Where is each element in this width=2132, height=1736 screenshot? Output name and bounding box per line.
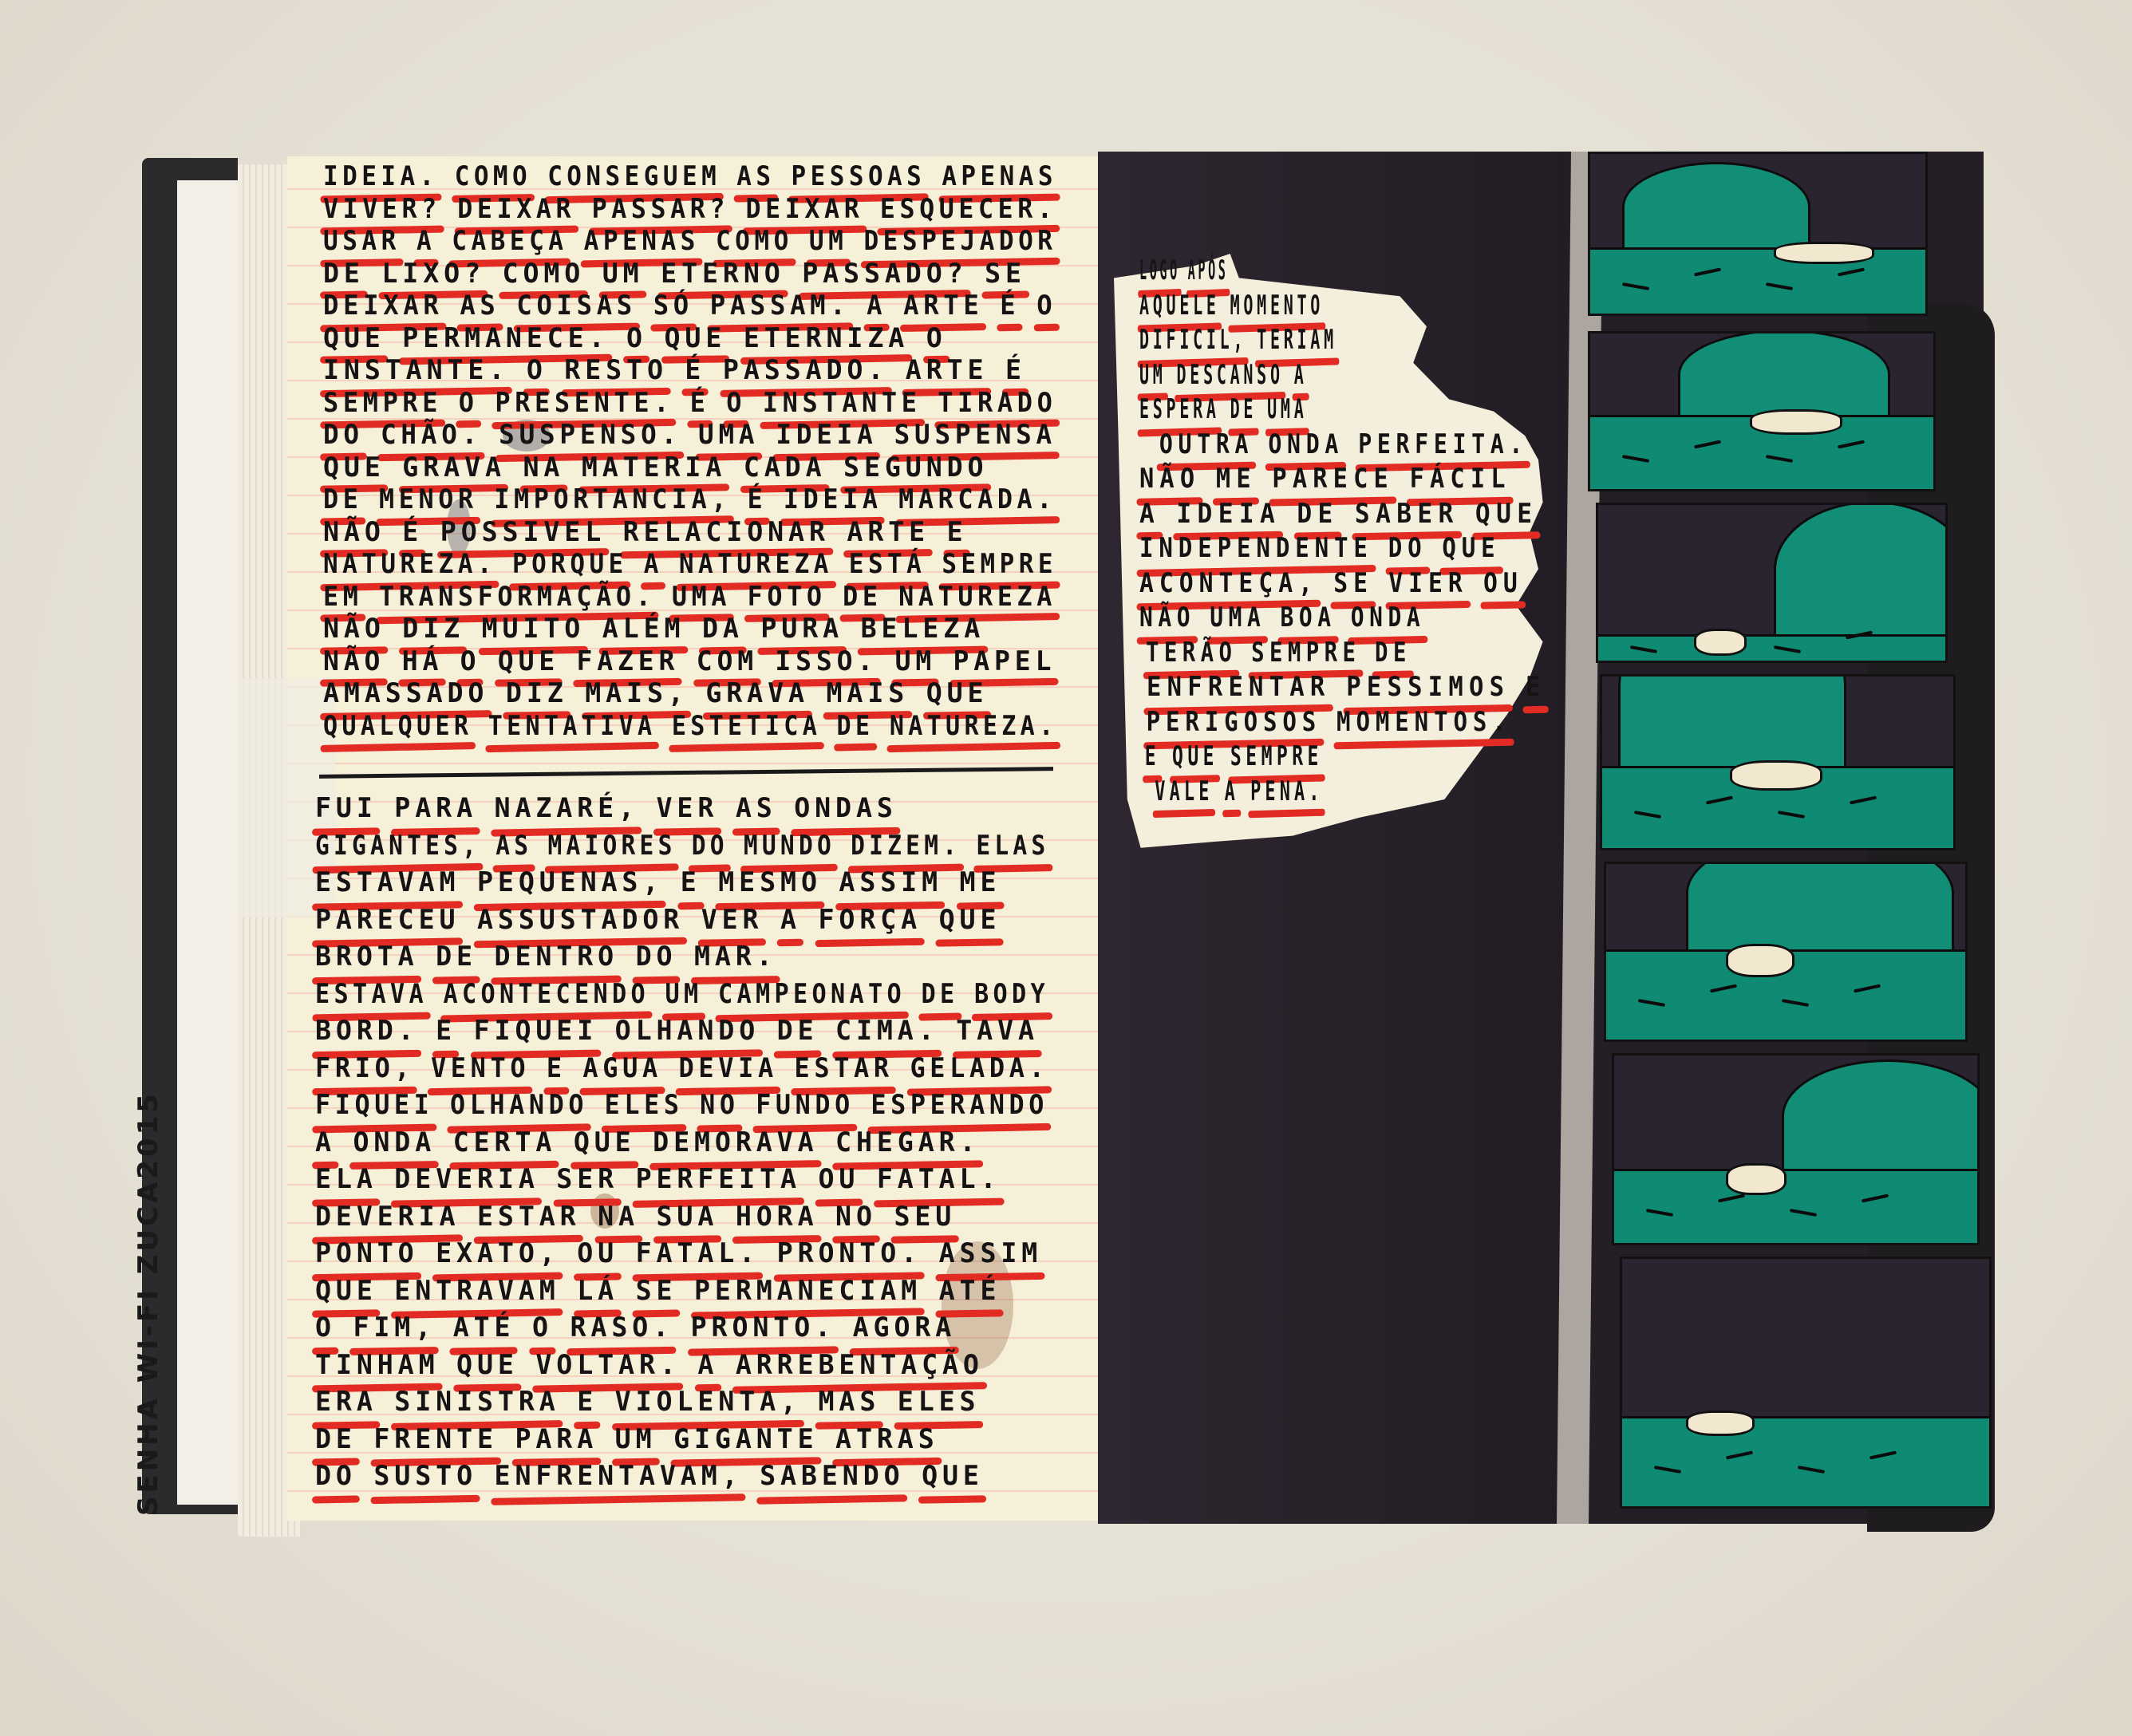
underlined-word: NÃO (323, 645, 385, 681)
wave-icon (1622, 162, 1810, 252)
underlined-word: COISAS (516, 289, 637, 325)
underlined-word: PERIGOSOS (1147, 705, 1322, 742)
underlined-word: SEMPRE (323, 386, 442, 422)
underlined-word: A (1225, 775, 1239, 811)
underlined-word: ELAS (976, 827, 1049, 866)
text-line: GIGANTES,ASMAIORESDOMUNDODIZEM.ELAS (315, 827, 981, 865)
underlined-word: MAR. (694, 938, 777, 977)
text-line: NATUREZA.PORQUEANATUREZAESTÁSEMPRE (323, 547, 1021, 582)
underlined-word: ACONTEÇA, (1139, 566, 1318, 603)
underlined-word: FRENTE (373, 1421, 498, 1460)
underlined-word: E (1145, 740, 1160, 776)
underlined-word: OU (577, 1235, 618, 1274)
underlined-word: SE (636, 1272, 677, 1312)
underlined-word: DENTRO (495, 938, 619, 977)
underlined-word: FATAL. (636, 1235, 760, 1274)
comic-panel-4 (1600, 674, 1956, 850)
underlined-word: DEMORAVA (653, 1124, 818, 1163)
underlined-word: NATUREZA (679, 547, 833, 583)
underlined-word: PENA. (1250, 775, 1324, 811)
underlined-word: ARTE (847, 515, 930, 551)
text-line: QUEENTRAVAMLÁSEPERMANECIAMATÉ (315, 1272, 1065, 1310)
underlined-word: CERTA (453, 1124, 557, 1163)
underlined-word: MUNDO (744, 827, 835, 866)
text-line: BORD.EFIQUEIOLHANDODECIMA.TAVA (315, 1012, 1065, 1050)
underlined-word: TIRADO (938, 386, 1056, 422)
underlined-word: A (867, 289, 886, 325)
surfer-icon (1730, 760, 1822, 791)
text-line: EMTRANSFORMAÇÃO.UMAFOTODENATUREZA (323, 580, 1039, 614)
underlined-word: O (726, 386, 746, 422)
underlined-word: AGUA (582, 1050, 661, 1089)
text-line: ACONTEÇA,SEVIEROU (1139, 566, 1530, 602)
underlined-word: DO (323, 418, 364, 454)
text-line: FRIO,VENTOEAGUADEVIAESTARGELADA. (315, 1050, 1034, 1087)
surfer-icon (1750, 409, 1842, 435)
underlined-word: MAIS (826, 677, 909, 712)
underlined-word: ONDA (1351, 601, 1426, 637)
text-line: OFIM,ATÉORASO.PRONTO.AGORA (315, 1309, 1065, 1347)
comic-panel-2 (1588, 331, 1936, 491)
underlined-word: ARTE (903, 289, 983, 325)
underlined-word: NÃO (323, 612, 385, 648)
underlined-word: QUE (1172, 740, 1218, 776)
text-line: FUIPARANAZARÉ,VERASONDAS (315, 790, 1065, 827)
underlined-word: APENAS (584, 224, 700, 260)
wave-icon (1678, 331, 1890, 420)
comic-panel-5 (1604, 862, 1968, 1042)
underlined-word: FORÇA (818, 902, 922, 941)
underlined-word: NÃO (1139, 462, 1200, 499)
text-line: ESPERADEUMA (1139, 393, 1403, 428)
underlined-word: DIFICIL, (1139, 323, 1246, 360)
underlined-word: A (697, 1347, 718, 1386)
underlined-word: PASSAM. (710, 289, 851, 325)
underlined-word: VALE (1155, 775, 1213, 811)
underlined-word: UMA (672, 580, 731, 616)
underlined-word: ASSIM (939, 1235, 1043, 1274)
underlined-word: TENTATIVA (488, 709, 657, 745)
underlined-word: A (1139, 497, 1160, 534)
underlined-word: SEMPRE (1251, 636, 1360, 673)
underlined-word: DEVERIA (315, 1198, 460, 1237)
text-line: INSTANTE.ORESTOÉPASSADO.ARTEÉ (323, 353, 1073, 388)
underlined-word: ASSUSTADOR (477, 902, 684, 941)
underlined-word: UM (809, 224, 847, 260)
underlined-word: UMA (1210, 601, 1265, 637)
text-line: ERASINISTRAEVIOLENTA,MASELES (315, 1383, 1065, 1421)
underlined-word: DE (837, 709, 875, 745)
underlined-word: ESTAR (794, 1050, 893, 1089)
underlined-word: OU (818, 1161, 859, 1200)
underlined-word: ALÉM (602, 612, 685, 648)
text-line: TINHAMQUEVOLTAR.AARREBENTAÇÃO (315, 1347, 1065, 1384)
text-line: PARECEUASSUSTADORVERAFORÇAQUE (315, 902, 1065, 939)
underlined-word: ME (1216, 462, 1257, 499)
underlined-word: É (1000, 289, 1020, 325)
underlined-word: SINISTRA (394, 1383, 559, 1422)
underlined-word: SE (985, 257, 1026, 293)
underlined-word: ESPERANDO (871, 1087, 1048, 1126)
underlined-word: AS (460, 289, 499, 325)
underlined-word: QUALQUER (323, 709, 472, 745)
underlined-word: MOMENTOS. (1336, 705, 1512, 742)
underlined-word: CONSEGUEM (547, 160, 721, 195)
underlined-word: ESPERA (1139, 393, 1220, 429)
text-line: TERÃOSEMPREDE (1139, 636, 1498, 671)
underlined-word: IDEIA. (323, 160, 439, 195)
underlined-word: ESTAVA (315, 976, 428, 1015)
text-line: DIFICIL,TERIAM (1139, 323, 1403, 358)
underlined-word: A (780, 902, 801, 941)
underlined-word: SER (556, 1161, 618, 1200)
underlined-word: AMASSADO (323, 677, 488, 712)
underlined-word: DESPEJADOR (863, 224, 1056, 260)
underlined-word: VIOLENTA, (615, 1383, 801, 1422)
underlined-word: UM (615, 1421, 657, 1460)
underlined-word: ATÉ (939, 1272, 1001, 1312)
underlined-word: E (947, 515, 968, 551)
underlined-word: MUITO (482, 612, 586, 648)
underlined-word: E (436, 1012, 456, 1051)
underlined-word: TINHAM (315, 1347, 440, 1386)
text-line: BROTADEDENTRODOMAR. (315, 938, 1065, 976)
comic-panel-7 (1620, 1257, 1992, 1509)
underlined-word: IMPORTANCIA, (494, 483, 731, 519)
underlined-word: EXATO, (436, 1235, 560, 1274)
underlined-word: SÓ (653, 289, 693, 325)
underlined-word: ETERNO (661, 257, 785, 293)
underlined-word: ASSIM (839, 864, 942, 903)
underlined-word: PARA (515, 1421, 598, 1460)
underlined-word: O (626, 322, 647, 357)
underlined-word: O (459, 386, 479, 422)
underlined-word: APÓS (1188, 254, 1229, 290)
underlined-word: FUI (315, 790, 377, 829)
underlined-word: MAIORES (547, 827, 676, 866)
sea-area (1622, 1416, 1989, 1506)
underlined-word: CAMPEONATO (718, 976, 906, 1015)
underlined-word: NO (835, 1198, 877, 1237)
underlined-word: PERFEITA. (1358, 428, 1528, 464)
underlined-word: DEIXAR (457, 192, 575, 228)
underlined-word: OLHANDO (450, 1087, 588, 1126)
underlined-word: QUE (939, 902, 1001, 941)
underlined-word: COMO (455, 160, 531, 195)
underlined-word: BORD. (315, 1012, 419, 1051)
underlined-word: ETERNIZA (744, 322, 909, 357)
underlined-word: PASSADO? (802, 257, 967, 293)
underlined-word: POSSIVEL (440, 515, 606, 551)
underlined-word: PEQUENAS, (477, 864, 663, 903)
underlined-word: COMO (716, 224, 793, 260)
underlined-word: FIQUEI (474, 1012, 598, 1051)
underlined-word: SABER (1355, 497, 1459, 534)
underlined-word: SEMPRE (942, 547, 1057, 583)
underlined-word: O (532, 1309, 553, 1348)
underlined-word: PARECEU (315, 902, 460, 941)
underlined-word: DEVIA (679, 1050, 778, 1089)
text-line: AQUELEMOMENTO (1139, 289, 1403, 324)
underlined-word: UM (1139, 358, 1167, 395)
text-line: ESTAVAMPEQUENAS,EMESMOASSIMME (315, 864, 1065, 902)
underlined-word: É (402, 515, 423, 551)
underlined-word: ONDAS (794, 790, 898, 829)
underlined-word: DEIXAR (323, 289, 444, 325)
underlined-word: IDEIA (776, 418, 877, 454)
underlined-word: ERA (315, 1383, 377, 1422)
left-page-text-top: IDEIA.COMOCONSEGUEMASPESSOASAPENASVIVER?… (323, 160, 1089, 741)
underlined-word: E (547, 1050, 567, 1089)
underlined-word: MAS (818, 1383, 880, 1422)
underlined-word: OLHANDO (615, 1012, 760, 1051)
underlined-word: DE (323, 483, 362, 519)
underlined-word: DE (315, 1421, 357, 1460)
underlined-word: PRONTO. (777, 1235, 922, 1274)
comic-panel-6 (1612, 1053, 1980, 1245)
text-line: QUEGRAVANAMATERIACADASEGUNDO (323, 451, 1073, 485)
underlined-word: A (644, 547, 663, 583)
underlined-word: NO (700, 1087, 739, 1126)
underlined-word: LOGO (1139, 254, 1180, 290)
text-line: QUALQUERTENTATIVAESTETICADENATUREZA. (323, 709, 1001, 744)
text-line: PONTOEXATO,OUFATAL.PRONTO.ASSIM (315, 1235, 1065, 1272)
underlined-word: DE (1230, 393, 1257, 429)
underlined-word: ACONTECENDO (444, 976, 649, 1015)
text-line: EQUESEMPRE (1139, 740, 1443, 775)
underlined-word: MAIS, (585, 677, 689, 712)
text-line: UMDESCANSOA (1139, 358, 1403, 393)
underlined-word: PERMANECIAM (694, 1272, 922, 1312)
underlined-word: ELA (315, 1161, 377, 1200)
underlined-word: ONDA (353, 1124, 436, 1163)
underlined-word: FIM, (353, 1309, 436, 1348)
underlined-word: NA (598, 1198, 639, 1237)
underlined-word: ATÉ (453, 1309, 515, 1348)
underlined-word: TERIAM (1257, 323, 1337, 360)
underlined-word: UM (665, 976, 702, 1015)
underlined-word: DEVERIA (394, 1161, 539, 1200)
underlined-word: QUE (456, 1347, 519, 1386)
underlined-word: DO (636, 938, 677, 977)
underlined-word: QUE (922, 1458, 984, 1497)
underlined-word: EM (323, 580, 362, 616)
underlined-word: PASSAR? (592, 192, 729, 228)
underlined-word: NÃO (1139, 601, 1195, 637)
underlined-word: DE (1375, 636, 1411, 673)
comic-panel-3 (1596, 503, 1948, 663)
underlined-word: BODY (974, 976, 1049, 1015)
underlined-word: SEMPRE (1230, 740, 1323, 776)
underlined-word: ELES (605, 1087, 684, 1126)
underlined-word: PASSADO. (723, 353, 888, 389)
underlined-word: GRAVA (402, 451, 506, 487)
underlined-word: PESSOAS (792, 160, 926, 195)
underlined-word: DO (1388, 531, 1427, 568)
underlined-word: VER (701, 902, 764, 941)
sea-area (1590, 247, 1925, 314)
underlined-word: PERFEITA (636, 1161, 801, 1200)
underlined-word: NATUREZA. (323, 547, 496, 583)
underlined-word: AQUELE (1139, 289, 1220, 325)
wave-icon (1686, 862, 1954, 954)
underlined-word: QUE (498, 645, 559, 681)
spine-note-text: SENHA WI-FI ZUCA2015 (132, 1091, 164, 1516)
underlined-word: HORA (736, 1198, 819, 1237)
underlined-word: MATERIA (582, 451, 726, 487)
underlined-word: QUE (665, 322, 727, 357)
underlined-word: NÃO (323, 515, 385, 551)
underlined-word: PORQUE (512, 547, 628, 583)
text-line: ENFRENTARPESSIMOSE (1139, 670, 1542, 705)
underlined-word: QUE (323, 322, 385, 357)
underlined-word: MESMO (718, 864, 822, 903)
underlined-word: FATAL. (877, 1161, 1001, 1200)
underlined-word: NAZARÉ, (495, 790, 639, 829)
underlined-word: MARCADA. (898, 483, 1056, 519)
underlined-word: ESTAVAM (315, 864, 460, 903)
underlined-word: OU (1483, 566, 1523, 603)
underlined-word: SE (1333, 566, 1373, 603)
underlined-word: CABEÇA (452, 224, 567, 260)
underlined-word: OUTRA (1159, 428, 1254, 464)
text-line: AIDEIADESABERQUE (1139, 497, 1550, 532)
underlined-word: AGORA (853, 1309, 957, 1348)
wave-icon (1618, 674, 1846, 771)
text-line: NÃOUMABOAONDA (1139, 601, 1506, 636)
underlined-word: O (527, 353, 547, 389)
underlined-word: SUSPENSO. (499, 418, 681, 454)
underlined-word: FUNDO (756, 1087, 855, 1126)
underlined-word: UMA (1267, 393, 1307, 429)
underlined-word: INSTANTE (763, 386, 922, 422)
underlined-word: VOLTAR. (535, 1347, 680, 1386)
text-line: NÃOMEPARECEFÁCIL (1139, 462, 1538, 497)
surfer-icon (1686, 1410, 1755, 1436)
underlined-word: É (1005, 353, 1026, 389)
underlined-word: INDEPENDENTE (1139, 531, 1373, 568)
text-line: NÃODIZMUITOALÉMDAPURABELEZA (323, 612, 1073, 646)
wave-icon (1774, 503, 1948, 639)
underlined-word: O (1036, 289, 1056, 325)
sea-area (1598, 634, 1945, 661)
underlined-word: PARECE (1272, 462, 1394, 499)
surfer-icon (1726, 1163, 1787, 1195)
surfer-icon (1726, 944, 1794, 977)
underlined-word: PAPEL (953, 645, 1056, 681)
underlined-word: ME (960, 864, 1001, 903)
underlined-word: QUE (926, 677, 989, 712)
underlined-word: A (1294, 358, 1308, 395)
underlined-word: CHÃO. (381, 418, 482, 454)
underlined-word: FOTO (748, 580, 827, 616)
left-page-text-bottom: FUIPARANAZARÉ,VERASONDASGIGANTES,ASMAIOR… (315, 790, 1081, 1495)
underlined-word: ESQUECER. (880, 192, 1057, 228)
underlined-word: ENFRENTAVAM, (495, 1458, 743, 1497)
underlined-word: FIQUEI (315, 1087, 433, 1126)
underlined-word: O (315, 1309, 336, 1348)
underlined-word: VIER (1388, 566, 1468, 603)
text-line: ESTAVAACONTECENDOUMCAMPEONATODEBODY (315, 976, 995, 1013)
underlined-word: FAZER (576, 645, 679, 681)
underlined-word: RESTO (564, 353, 668, 389)
text-line: AONDACERTAQUEDEMORAVACHEGAR. (315, 1124, 1065, 1162)
underlined-word: PERMANECE. (402, 322, 609, 357)
underlined-word: PARA (394, 790, 477, 829)
underlined-word: GIGANTES, (315, 827, 480, 866)
underlined-word: DE (922, 976, 959, 1015)
underlined-word: FRIO, (315, 1050, 414, 1089)
underlined-word: ELES (898, 1383, 981, 1422)
text-line: DEVERIAESTARNASUAHORANOSEU (315, 1198, 1065, 1236)
underlined-word: DE (777, 1012, 819, 1051)
text-line: NÃOHÁOQUEFAZERCOMISSO.UMPAPEL (323, 645, 1068, 679)
text-line: USARACABEÇAAPENASCOMOUMDESPEJADOR (323, 224, 1024, 258)
underlined-word: FÁCIL (1410, 462, 1511, 499)
underlined-word: DE (1297, 497, 1338, 534)
underlined-word: DIZEM. (851, 827, 961, 866)
right-page-text: LOGOAPÓSAQUELEMOMENTODIFICIL,TERIAMUMDES… (1139, 254, 1586, 809)
underlined-word: ESTÁ (849, 547, 926, 583)
underlined-word: TERÃO (1146, 636, 1237, 673)
underlined-word: HÁ (402, 645, 444, 681)
underlined-word: SEGUNDO (843, 451, 988, 487)
underlined-word: USAR (323, 224, 401, 260)
text-line: LOGOAPÓS (1139, 254, 1339, 289)
underlined-word: UMA (698, 418, 759, 454)
underlined-word: DEIXAR (746, 192, 864, 228)
underlined-word: DO (315, 1458, 357, 1497)
underlined-word: QUE (1475, 497, 1538, 534)
underlined-word: PRONTO. (691, 1309, 835, 1348)
text-line: AMASSADODIZMAIS,GRAVAMAISQUE (323, 677, 1073, 711)
underlined-word: RELACIONAR (623, 515, 830, 551)
underlined-word: DO (692, 827, 728, 866)
underlined-word: UM (895, 645, 937, 681)
underlined-word: QUE (323, 451, 385, 487)
underlined-word: RASO. (570, 1309, 673, 1348)
text-line: IDEIA.COMOCONSEGUEMASPESSOASAPENAS (323, 160, 1021, 194)
underlined-word: ARTE (906, 353, 989, 389)
underlined-word: O (926, 322, 947, 357)
underlined-word: SUSTO (373, 1458, 477, 1497)
underlined-word: E (681, 864, 701, 903)
underlined-word: MOMENTO (1230, 289, 1324, 325)
underlined-word: QUE (574, 1124, 636, 1163)
surfer-icon (1774, 242, 1874, 264)
underlined-word: BELEZA (861, 612, 985, 648)
underlined-word: PESSIMOS (1346, 670, 1510, 707)
underlined-word: VER (657, 790, 719, 829)
underlined-word: ESTAR (477, 1198, 581, 1237)
underlined-word: ENFRENTAR (1147, 670, 1331, 707)
wave-icon (1782, 1059, 1980, 1174)
underlined-word: COMO (503, 257, 586, 293)
underlined-word: INSTANTE. (323, 353, 509, 389)
text-line: DEFRENTEPARAUMGIGANTEATRAS (315, 1421, 1065, 1458)
underlined-word: É (690, 386, 710, 422)
text-line: DELIXO?COMOUMETERNOPASSADO?SE (323, 257, 1073, 291)
underlined-word: E (577, 1383, 598, 1422)
underlined-word: CHEGAR. (835, 1124, 980, 1163)
underlined-word: BOA (1280, 601, 1336, 637)
comic-strip (1584, 152, 1967, 1524)
underlined-word: MENOR (379, 483, 478, 519)
underlined-word: A (315, 1124, 336, 1163)
underlined-word: DE (436, 938, 477, 977)
underlined-word: PONTO (315, 1235, 419, 1274)
underlined-word: DIZ (402, 612, 464, 648)
